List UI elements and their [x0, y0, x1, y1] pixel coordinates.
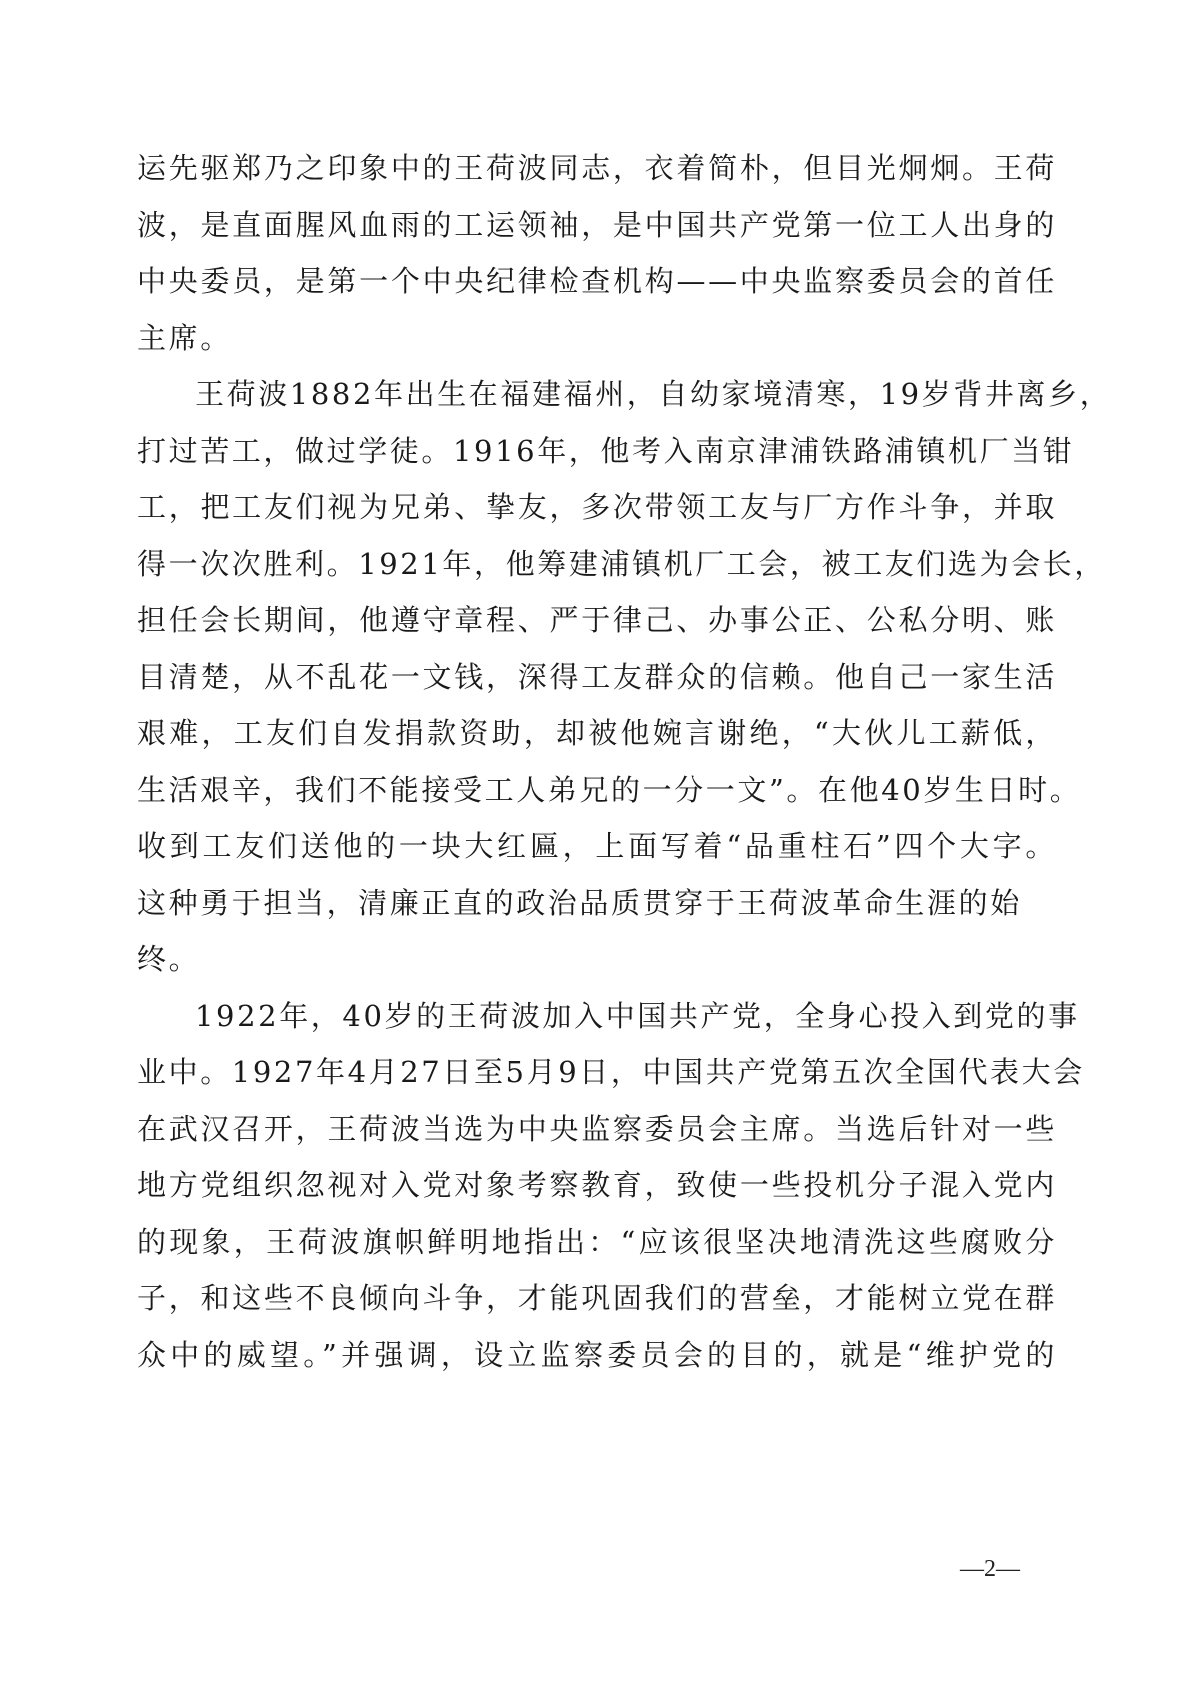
text-line: 生活艰辛，我们不能接受工人弟兄的一分一文”。在他40岁生日时。: [137, 767, 1057, 824]
text-line: 众中的威望。”并强调，设立监察委员会的目的，就是“维护党的: [137, 1332, 1057, 1389]
text-line: 王荷波1882年出生在福建福州，自幼家境清寒，19岁背井离乡，: [137, 371, 1057, 428]
text-line: 的现象，王荷波旗帜鲜明地指出：“应该很坚决地清洗这些腐败分: [137, 1219, 1057, 1276]
text-line: 这种勇于担当，清廉正直的政治品质贯穿于王荷波革命生涯的始: [137, 880, 1057, 937]
text-line: 目清楚，从不乱花一文钱，深得工友群众的信赖。他自己一家生活: [137, 654, 1057, 711]
text-line: 业中。1927年4月27日至5月9日，中国共产党第五次全国代表大会: [137, 1049, 1057, 1106]
paragraph: 1922年，40岁的王荷波加入中国共产党，全身心投入到党的事 业中。1927年4…: [137, 993, 1057, 1389]
text-line: 地方党组织忽视对入党对象考察教育，致使一些投机分子混入党内: [137, 1162, 1057, 1219]
text-line: 主席。: [137, 315, 1057, 372]
text-line: 收到工友们送他的一块大红匾，上面写着“品重柱石”四个大字。: [137, 823, 1057, 880]
text-line: 担任会长期间，他遵守章程、严于律己、办事公正、公私分明、账: [137, 597, 1057, 654]
text-line: 波，是直面腥风血雨的工运领袖，是中国共产党第一位工人出身的: [137, 202, 1057, 259]
text-line: 在武汉召开，王荷波当选为中央监察委员会主席。当选后针对一些: [137, 1106, 1057, 1163]
text-line: 1922年，40岁的王荷波加入中国共产党，全身心投入到党的事: [137, 993, 1057, 1050]
text-line: 工，把工友们视为兄弟、挚友，多次带领工友与厂方作斗争，并取: [137, 484, 1057, 541]
text-line: 终。: [137, 936, 1057, 993]
body-text: 运先驱郑乃之印象中的王荷波同志，衣着简朴，但目光炯炯。王荷 波，是直面腥风血雨的…: [137, 145, 1057, 1388]
text-line: 子，和这些不良倾向斗争，才能巩固我们的营垒，才能树立党在群: [137, 1275, 1057, 1332]
page-number: —2—: [960, 1554, 1020, 1584]
document-page: 运先驱郑乃之印象中的王荷波同志，衣着简朴，但目光炯炯。王荷 波，是直面腥风血雨的…: [0, 0, 1191, 1684]
text-line: 艰难，工友们自发捐款资助，却被他婉言谢绝，“大伙儿工薪低，: [137, 710, 1057, 767]
text-line: 运先驱郑乃之印象中的王荷波同志，衣着简朴，但目光炯炯。王荷: [137, 145, 1057, 202]
paragraph: 王荷波1882年出生在福建福州，自幼家境清寒，19岁背井离乡， 打过苦工，做过学…: [137, 371, 1057, 993]
text-line: 得一次次胜利。1921年，他筹建浦镇机厂工会，被工友们选为会长，: [137, 541, 1057, 598]
text-line: 打过苦工，做过学徒。1916年，他考入南京津浦铁路浦镇机厂当钳: [137, 428, 1057, 485]
text-line: 中央委员，是第一个中央纪律检查机构——中央监察委员会的首任: [137, 258, 1057, 315]
paragraph: 运先驱郑乃之印象中的王荷波同志，衣着简朴，但目光炯炯。王荷 波，是直面腥风血雨的…: [137, 145, 1057, 371]
